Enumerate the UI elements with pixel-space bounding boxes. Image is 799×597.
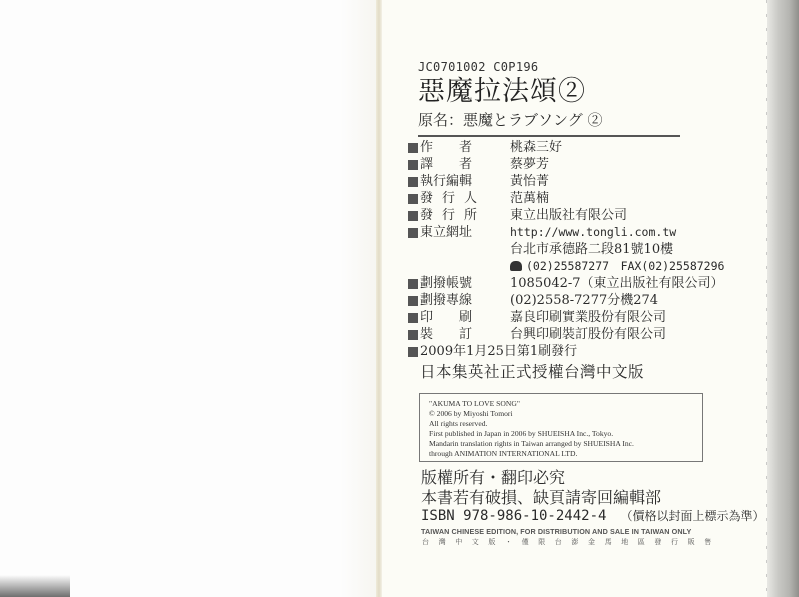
isbn-line: ISBN 978-986-10-2442-4（價格以封面上標示為準） bbox=[421, 508, 764, 525]
credit-row-translator: 譯者 蔡夢芳 bbox=[408, 156, 728, 173]
credit-value: (02)2558-7277分機274 bbox=[510, 292, 658, 309]
square-bullet-icon bbox=[408, 313, 418, 323]
credit-value: 東立出版社有限公司 bbox=[510, 207, 627, 224]
credit-label: 譯者 bbox=[420, 156, 510, 173]
page-corner-shadow bbox=[0, 575, 70, 597]
copyright-box: "AKUMA TO LOVE SONG" © 2006 by Miyoshi T… bbox=[419, 393, 703, 462]
credit-row-address: 台北市承德路二段81號10樓 bbox=[408, 241, 728, 258]
credit-row-publish-date: 2009年1月25日第1刷發行 bbox=[408, 343, 728, 360]
credit-row-giro-account: 劃撥帳號 1085042-7（東立出版社有限公司） bbox=[408, 275, 728, 292]
credit-value: 范萬楠 bbox=[510, 190, 549, 207]
catalog-code: JC0701002 C0P196 bbox=[418, 60, 708, 74]
book-spread: JC0701002 C0P196 惡魔拉法頌② 原名：悪魔とラブソング ② 作者… bbox=[0, 0, 799, 597]
credit-label: 發行人 bbox=[420, 190, 510, 207]
credit-row-publisher: 發行人 范萬楠 bbox=[408, 190, 728, 207]
copyright-line: © 2006 by Miyoshi Tomori bbox=[429, 409, 702, 419]
website-url[interactable]: http://www.tongli.com.tw bbox=[510, 224, 676, 241]
credit-value: 1085042-7（東立出版社有限公司） bbox=[510, 275, 724, 292]
square-bullet-icon bbox=[408, 347, 418, 357]
credit-label: 東立網址 bbox=[420, 224, 510, 241]
publish-date: 2009年1月25日第1刷發行 bbox=[420, 343, 577, 360]
address: 台北市承德路二段81號10樓 bbox=[510, 241, 673, 258]
square-bullet-icon bbox=[408, 177, 418, 187]
license-statement: 日本集英社正式授權台灣中文版 bbox=[420, 360, 644, 382]
book-title: 惡魔拉法頌② bbox=[418, 76, 708, 108]
credit-label: 裝訂 bbox=[420, 326, 510, 343]
copyright-line: "AKUMA TO LOVE SONG" bbox=[429, 399, 702, 409]
credit-row-printer: 印刷 嘉良印刷實業股份有限公司 bbox=[408, 309, 728, 326]
credit-label: 印刷 bbox=[420, 309, 510, 326]
isbn: ISBN 978-986-10-2442-4 bbox=[421, 508, 606, 524]
credit-row-website: 東立網址 http://www.tongli.com.tw bbox=[408, 224, 728, 241]
credit-value: 黃怡菁 bbox=[510, 173, 549, 190]
title-block: JC0701002 C0P196 惡魔拉法頌② 原名：悪魔とラブソング ② bbox=[418, 60, 708, 130]
square-bullet-icon bbox=[408, 296, 418, 306]
square-bullet-icon bbox=[408, 143, 418, 153]
square-bullet-icon bbox=[408, 279, 418, 289]
damage-return-notice: 本書若有破損、缺頁請寄回編輯部 bbox=[421, 488, 661, 508]
credit-row-phone: (02)25587277 FAX(02)25587296 bbox=[408, 258, 728, 275]
distribution-notice-cn: 台灣中文版・僅限台澎金馬地區發行販售 bbox=[422, 537, 721, 547]
credits-list: 作者 桃森三好 譯者 蔡夢芳 執行編輯 黃怡菁 發行人 范萬楠 發行所 東立出版… bbox=[408, 139, 728, 360]
credit-label: 發行所 bbox=[420, 207, 510, 224]
square-bullet-icon bbox=[408, 330, 418, 340]
square-bullet-icon bbox=[408, 160, 418, 170]
title-divider bbox=[418, 135, 680, 137]
phone-fax: (02)25587277 FAX(02)25587296 bbox=[510, 258, 724, 275]
credit-label: 劃撥帳號 bbox=[420, 275, 510, 292]
square-bullet-icon bbox=[408, 194, 418, 204]
copyright-line: Mandarin translation rights in Taiwan ar… bbox=[429, 439, 702, 449]
credit-row-author: 作者 桃森三好 bbox=[408, 139, 728, 156]
square-bullet-icon bbox=[408, 228, 418, 238]
copyright-line: First published in Japan in 2006 by SHUE… bbox=[429, 429, 702, 439]
distribution-notice-en: TAIWAN CHINESE EDITION, FOR DISTRIBUTION… bbox=[421, 527, 691, 536]
phone-fax-text: (02)25587277 FAX(02)25587296 bbox=[526, 259, 724, 273]
page-stack-edge bbox=[767, 0, 799, 597]
copyright-line: All rights reserved. bbox=[429, 419, 702, 429]
square-bullet-icon bbox=[408, 211, 418, 221]
left-blank-page bbox=[0, 0, 378, 597]
credit-row-editor: 執行編輯 黃怡菁 bbox=[408, 173, 728, 190]
credit-value: 桃森三好 bbox=[510, 139, 562, 156]
credit-row-publishing-house: 發行所 東立出版社有限公司 bbox=[408, 207, 728, 224]
rights-reserved: 版權所有・翻印必究 bbox=[421, 468, 565, 488]
credit-label: 作者 bbox=[420, 139, 510, 156]
price-note: （價格以封面上標示為準） bbox=[620, 509, 764, 523]
copyright-line: through ANIMATION INTERNATIONAL LTD. bbox=[429, 449, 702, 459]
original-title: 原名：悪魔とラブソング ② bbox=[418, 110, 708, 130]
credit-row-binding: 裝訂 台興印刷裝訂股份有限公司 bbox=[408, 326, 728, 343]
phone-icon bbox=[510, 261, 522, 271]
credit-label: 執行編輯 bbox=[420, 173, 510, 190]
credit-row-giro-line: 劃撥專線 (02)2558-7277分機274 bbox=[408, 292, 728, 309]
credit-value: 台興印刷裝訂股份有限公司 bbox=[510, 326, 666, 343]
credit-value: 嘉良印刷實業股份有限公司 bbox=[510, 309, 666, 326]
credit-label: 劃撥專線 bbox=[420, 292, 510, 309]
credit-value: 蔡夢芳 bbox=[510, 156, 549, 173]
